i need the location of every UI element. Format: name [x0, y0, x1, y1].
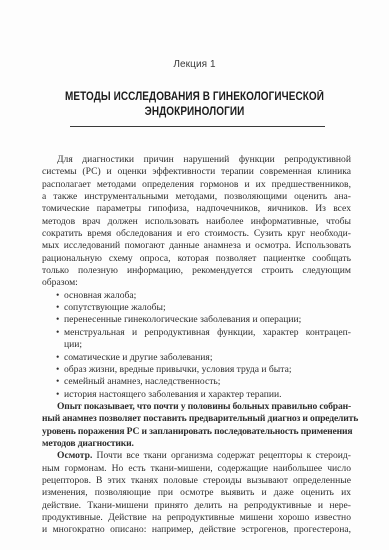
text-line: рецепторов. В этих тканях половые стерои… — [42, 475, 351, 487]
text-line: методов врач должен использовать наиболе… — [42, 216, 351, 228]
text-line: а также инструментальными методами, позв… — [42, 191, 351, 203]
chapter-title-line: МЕТОДЫ ИССЛЕДОВАНИЯ В ГИНЕКОЛОГИЧЕСКОЙ — [62, 89, 328, 104]
list-item-text: перенесенные гинекологические заболевани… — [64, 314, 351, 326]
bullet-icon: • — [56, 352, 59, 364]
key-finding-paragraph: Опыт показывает, что почти у половины бо… — [42, 401, 351, 450]
examination-paragraph: Осмотр. Почти все ткани организма содерж… — [42, 450, 351, 536]
bullet-icon: • — [56, 376, 59, 388]
body-text: Для диагностики причин нарушений функции… — [42, 154, 351, 537]
list-item-text: соматические и другие заболевания; — [64, 352, 351, 364]
list-item: • образ жизни, вредные привычки, условия… — [42, 364, 351, 376]
text-line: Для диагностики причин нарушений функции… — [42, 154, 351, 166]
text-line: изменения, позволяющие при осмотре выяви… — [42, 487, 351, 499]
text-line: уровень поражения РС и запланировать пос… — [42, 426, 351, 438]
text-fragment: Почти все ткани организма содержат рецеп… — [92, 450, 351, 461]
text-line: Осмотр. Почти все ткани организма содерж… — [42, 450, 351, 462]
text-line: ный анамнез позволяет поставить предвари… — [42, 413, 351, 425]
list-item: • основная жалоба; — [42, 290, 351, 302]
book-page: Лекция 1 МЕТОДЫ ИССЛЕДОВАНИЯ В ГИНЕКОЛОГ… — [0, 0, 389, 550]
text-line: рациональную схему опроса, которая позво… — [42, 253, 351, 265]
intro-paragraph: Для диагностики причин нарушений функции… — [42, 154, 351, 290]
text-line: продуктивные. Действие на репродуктивные… — [42, 512, 351, 524]
text-line: мых исследований помогают данные анамнез… — [42, 240, 351, 252]
list-item-text: сопутствующие жалобы; — [64, 302, 351, 314]
anamnesis-list: • основная жалоба; • сопутствующие жалоб… — [42, 290, 351, 401]
text-line: образом: — [42, 277, 351, 289]
text-line: действие. Ткани-мишени принято делить на… — [42, 500, 351, 512]
text-line: сократить время обследования и его стоим… — [42, 228, 351, 240]
list-item-text: основная жалоба; — [64, 290, 351, 302]
chapter-title-line: ЭНДОКРИНОЛОГИИ — [62, 104, 328, 119]
list-item: • сопутствующие жалобы; — [42, 302, 351, 314]
list-item-text: образ жизни, вредные привычки, условия т… — [64, 364, 351, 376]
text-line: методов диагностики. — [42, 438, 351, 450]
list-item-text: семейный анамнез, наследственность; — [64, 376, 351, 388]
section-lead: Осмотр. — [57, 450, 92, 461]
list-item: • перенесенные гинекологические заболева… — [42, 314, 351, 326]
bullet-icon: • — [56, 389, 59, 401]
text-line: томические параметры гипофиза, надпочечн… — [42, 203, 351, 215]
text-line: располагает методами определения гормоно… — [42, 179, 351, 191]
title-divider — [70, 126, 325, 127]
text-line: системы (РС) и оценки эффективности тера… — [42, 166, 351, 178]
list-item-text: менструальная и репродуктивная функции, … — [64, 327, 351, 339]
bullet-icon: • — [56, 364, 59, 376]
bullet-icon: • — [56, 290, 59, 302]
chapter-title: МЕТОДЫ ИССЛЕДОВАНИЯ В ГИНЕКОЛОГИЧЕСКОЙ Э… — [62, 89, 328, 119]
text-line: и многократно описано: например, действи… — [42, 524, 351, 536]
list-item: • соматические и другие заболевания; — [42, 352, 351, 364]
bullet-icon: • — [56, 314, 59, 326]
list-item: • менструальная и репродуктивная функции… — [42, 327, 351, 352]
list-item-text: ции; — [64, 339, 351, 351]
text-line: только полезную информацию, рекомендуетс… — [42, 265, 351, 277]
text-line: Опыт показывает, что почти у половины бо… — [42, 401, 351, 413]
list-item: • история настоящего заболевания и харак… — [42, 389, 351, 401]
lecture-label: Лекция 1 — [0, 59, 389, 70]
bullet-icon: • — [56, 302, 59, 314]
list-item: • семейный анамнез, наследственность; — [42, 376, 351, 388]
list-item-text: история настоящего заболевания и характе… — [64, 389, 351, 401]
bullet-icon: • — [56, 327, 59, 339]
text-line: ным гормонам. Но есть ткани-мишени, соде… — [42, 463, 351, 475]
